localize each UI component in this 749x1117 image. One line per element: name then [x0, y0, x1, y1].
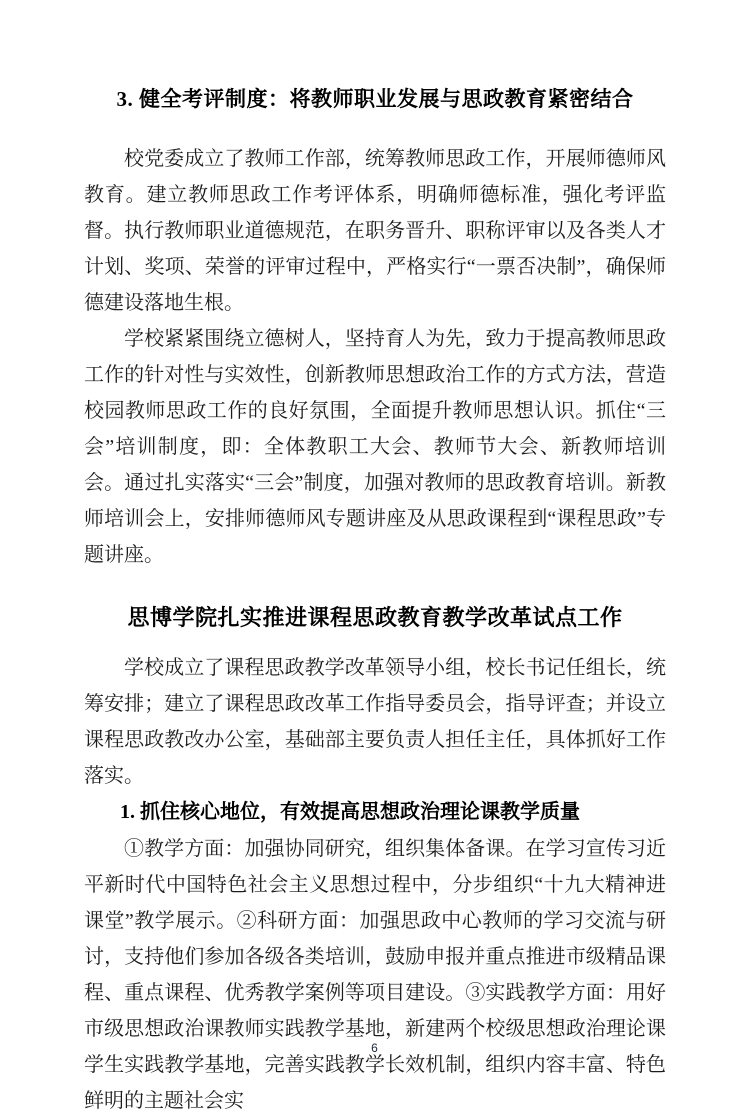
- paragraph: 学校紧紧围绕立德树人，坚持育人为先，致力于提高教师思政工作的针对性与实效性，创新…: [84, 321, 666, 573]
- paragraph: 学校成立了课程思政教学改革领导小组，校长书记任组长，统筹安排；建立了课程思政改革…: [84, 650, 666, 794]
- paragraph: 校党委成立了教师工作部，统筹教师思政工作，开展师德师风教育。建立教师思政工作考评…: [84, 141, 666, 321]
- paragraph: ①教学方面：加强协同研究，组织集体备课。在学习宣传习近平新时代中国特色社会主义思…: [84, 831, 666, 1117]
- section-heading: 3. 健全考评制度：将教师职业发展与思政教育紧密结合: [84, 81, 666, 118]
- page-number: 6: [0, 1041, 749, 1055]
- article-title: 思博学院扎实推进课程思政教育教学改革试点工作: [84, 599, 666, 636]
- document-page: 3. 健全考评制度：将教师职业发展与思政教育紧密结合 校党委成立了教师工作部，统…: [0, 0, 749, 1117]
- subsection-heading: 1. 抓住核心地位，有效提高思想政治理论课教学质量: [84, 794, 666, 831]
